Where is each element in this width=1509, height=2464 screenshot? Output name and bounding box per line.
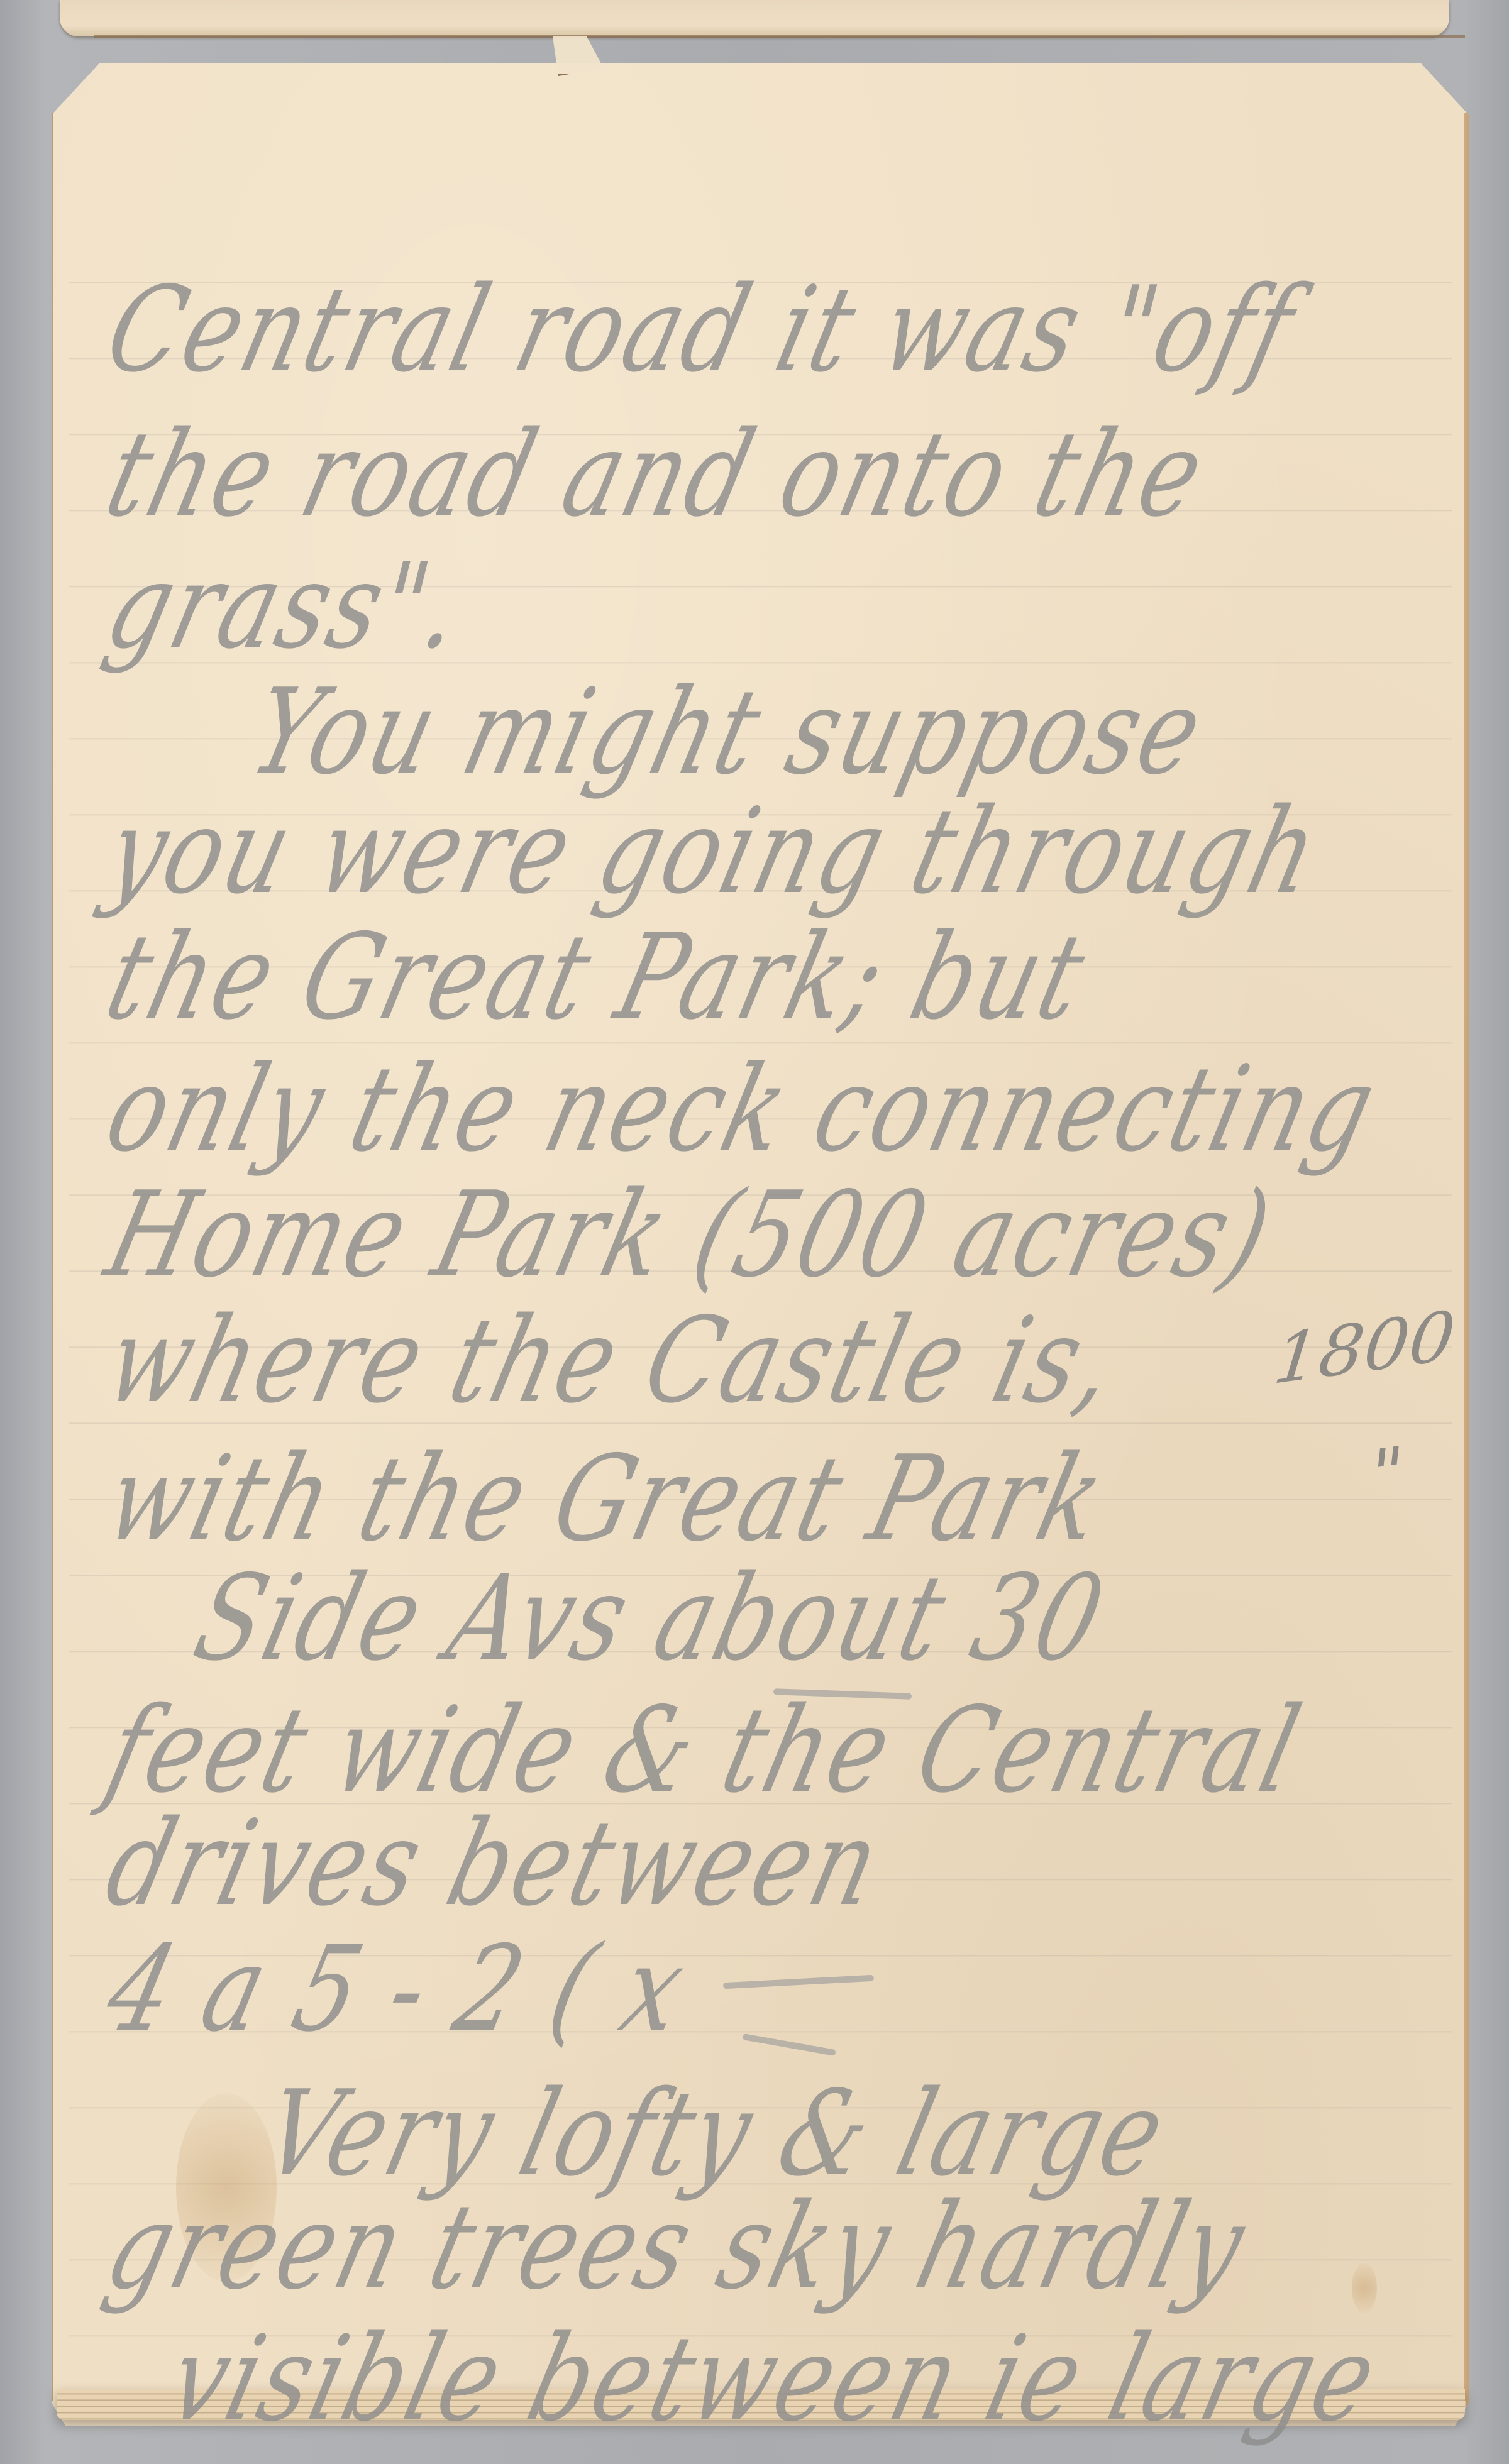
hw-line-4: You might suppose — [239, 664, 1217, 801]
hw-line-8: Home Park (500 acres) — [94, 1167, 1285, 1304]
hw-line-14: 4 a 5 - 2 ( x — [94, 1922, 699, 2059]
hw-line-16: green trees sky hardly — [94, 2179, 1259, 2316]
paper-stain — [1352, 2263, 1377, 2313]
hw-line-5: you were going through — [94, 784, 1333, 921]
page-left-edge — [52, 113, 53, 2401]
hw-line-13: drives between — [94, 1796, 894, 1933]
previous-page-strip — [60, 0, 1449, 36]
hw-line-9: where the Castle is, — [94, 1293, 1130, 1430]
hw-line-1: Central road it was "off — [94, 262, 1308, 399]
hw-line-10: with the Great Park — [94, 1431, 1118, 1568]
hw-line-11: Side Avs about 30 — [182, 1551, 1118, 1688]
page-right-edge — [1464, 113, 1466, 2401]
hw-line-6: the Great Park; but — [94, 910, 1100, 1047]
previous-page-edge — [94, 35, 1465, 38]
hw-line-2: the road and onto the — [94, 407, 1218, 544]
hw-line-3: grass". — [94, 539, 478, 676]
hw-line-17: visible between ie large — [157, 2311, 1391, 2448]
hw-line-7: only the neck connecting — [94, 1042, 1390, 1179]
